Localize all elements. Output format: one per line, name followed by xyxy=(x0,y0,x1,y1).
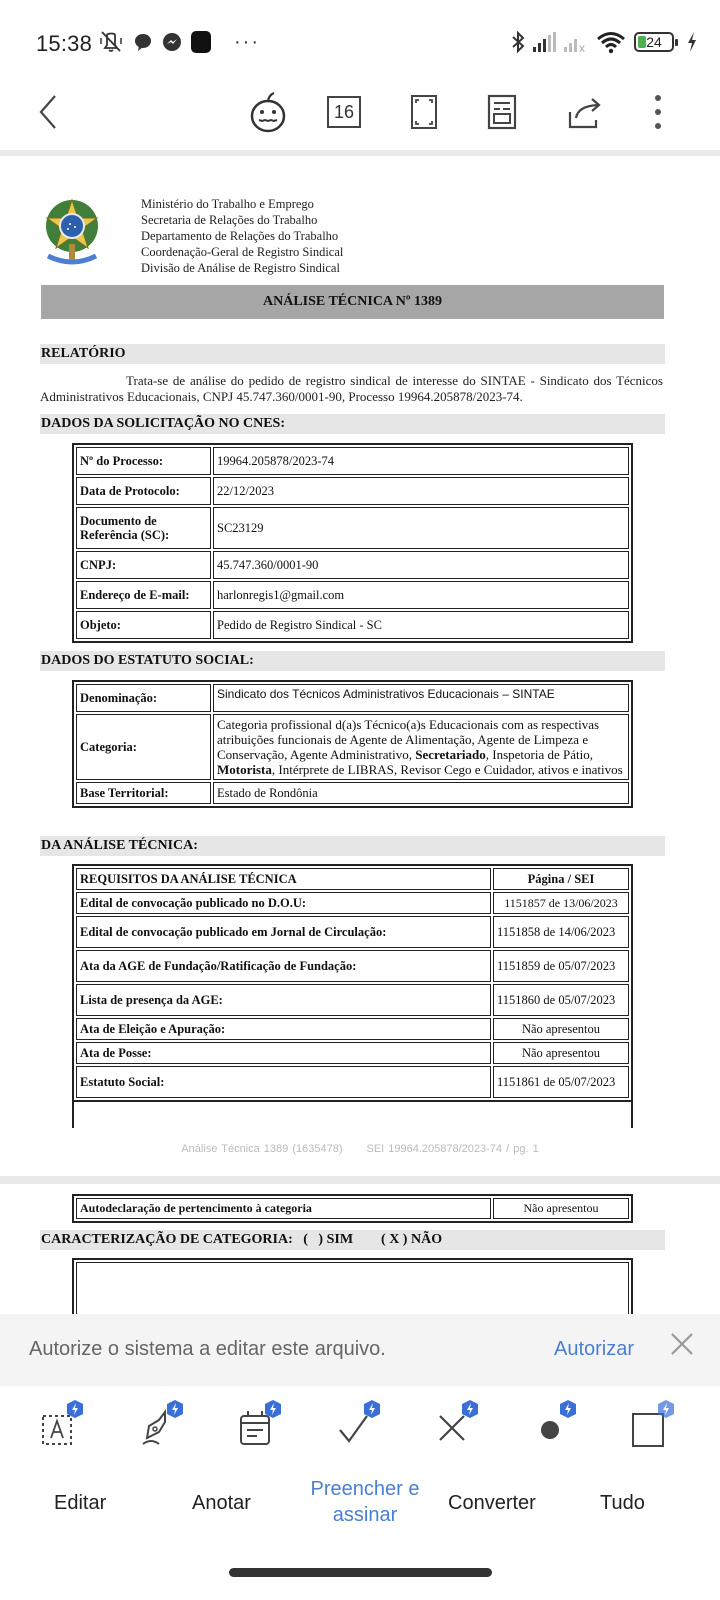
table-row: Estatuto Social:1151861 de 05/07/2023 xyxy=(76,1066,629,1098)
bottom-navigation: Editar Anotar Preencher e assinar Conver… xyxy=(0,1466,720,1600)
home-indicator[interactable] xyxy=(229,1568,492,1577)
table-row: Data de Protocolo:22/12/2023 xyxy=(76,477,629,505)
table-row: Edital de convocação publicado no D.O.U:… xyxy=(76,892,629,914)
page-number-button[interactable]: 16 xyxy=(320,88,368,136)
signature-tool[interactable] xyxy=(129,1400,185,1456)
table-row: Denominação:Sindicato dos Técnicos Admin… xyxy=(76,684,629,712)
table-row: Documento de Referência (SC):SC23129 xyxy=(76,507,629,549)
premium-badge-icon xyxy=(265,1400,281,1418)
page-footer: Análise Técnica 1389 (1635478)SEI 19964.… xyxy=(0,1143,720,1155)
tab-converter[interactable]: Converter xyxy=(448,1490,536,1516)
table-row: Lista de presença da AGE:1151860 de 05/0… xyxy=(76,984,629,1016)
table-row: Edital de convocação publicado em Jornal… xyxy=(76,916,629,948)
more-options-button[interactable] xyxy=(640,88,676,136)
table-row: Base Territorial:Estado de Rondônia xyxy=(76,782,629,804)
solicitacao-table: Nº do Processo:19964.205878/2023-74 Data… xyxy=(72,443,633,643)
premium-badge-icon xyxy=(364,1400,380,1418)
back-button[interactable] xyxy=(28,88,68,136)
tab-anotar[interactable]: Anotar xyxy=(192,1490,251,1516)
messenger-icon xyxy=(162,32,182,52)
section-relatorio: RELATÓRIO xyxy=(40,344,665,364)
signal-sim1-icon xyxy=(533,32,556,52)
table-header-row: REQUISITOS DA ANÁLISE TÉCNICAPágina / SE… xyxy=(76,868,629,890)
rectangle-tool[interactable] xyxy=(620,1400,676,1456)
theme-button[interactable] xyxy=(242,88,294,136)
more-vertical-icon xyxy=(653,94,663,130)
reading-mode-icon xyxy=(487,94,517,130)
premium-badge-icon xyxy=(167,1400,183,1418)
organization-header: Ministério do Trabalho e Emprego Secreta… xyxy=(141,196,343,276)
section-caracterizacao: CARACTERIZAÇÃO DE CATEGORIA: ( ) SIM ( X… xyxy=(40,1230,665,1250)
categoria-value: Categoria profissional d(a)s Técnico(a)s… xyxy=(213,714,629,780)
premium-badge-icon xyxy=(658,1400,674,1418)
premium-badge-icon xyxy=(462,1400,478,1418)
wifi-icon xyxy=(596,30,626,54)
battery-icon: 24 xyxy=(634,32,674,52)
section-estatuto: DADOS DO ESTATUTO SOCIAL: xyxy=(40,651,665,671)
section-solicitacao: DADOS DA SOLICITAÇÃO NO CNES: xyxy=(40,414,665,434)
more-notifications-icon: ··· xyxy=(234,31,260,54)
document-page-1: Ministério do Trabalho e Emprego Secreta… xyxy=(0,156,720,1176)
premium-badge-icon xyxy=(560,1400,576,1418)
table-row: Endereço de E-mail:harlonregis1@gmail.co… xyxy=(76,581,629,609)
premium-badge-icon xyxy=(67,1400,83,1418)
authorize-button[interactable]: Autorizar xyxy=(554,1338,634,1361)
brazil-coat-of-arms-icon xyxy=(40,194,104,268)
table-row: CNPJ:45.747.360/0001-90 xyxy=(76,551,629,579)
share-icon xyxy=(566,94,604,130)
signal-sim2-no-service-icon: x xyxy=(564,32,588,52)
section-analise: DA ANÁLISE TÉCNICA: xyxy=(40,836,665,856)
date-tool[interactable] xyxy=(227,1400,283,1456)
permission-banner: Autorize o sistema a editar este arquivo… xyxy=(0,1314,720,1386)
share-button[interactable] xyxy=(560,88,610,136)
status-bar: 15:38 ··· x 24 xyxy=(0,0,720,88)
tab-preencher-e-assinar[interactable]: Preencher e assinar xyxy=(300,1476,430,1528)
vibrate-off-icon xyxy=(98,30,124,54)
table-row: Justificativa: xyxy=(76,1262,629,1315)
checkmark-tool[interactable] xyxy=(326,1400,382,1456)
reading-mode-button[interactable] xyxy=(480,88,524,136)
tab-editar[interactable]: Editar xyxy=(54,1490,106,1516)
table-row: Ata de Eleição e Apuração:Não apresentou xyxy=(76,1018,629,1040)
document-page-2: Autodeclaração de pertencimento à catego… xyxy=(0,1184,720,1315)
analise-table: REQUISITOS DA ANÁLISE TÉCNICAPágina / SE… xyxy=(72,864,633,1102)
page-number: 16 xyxy=(327,96,361,128)
chevron-left-icon xyxy=(37,94,59,130)
document-viewer[interactable]: Ministério do Trabalho e Emprego Secreta… xyxy=(0,150,720,1315)
table-row: Ata de Posse:Não apresentou xyxy=(76,1042,629,1064)
table-row: Ata da AGE de Fundação/Ratificação de Fu… xyxy=(76,950,629,982)
bluetooth-icon xyxy=(511,30,525,54)
pumpkin-icon xyxy=(248,90,288,134)
status-time: 15:38 xyxy=(36,31,92,57)
estatuto-table: Denominação:Sindicato dos Técnicos Admin… xyxy=(72,680,633,808)
chat-bubble-icon xyxy=(133,32,153,52)
fill-sign-tools xyxy=(0,1386,720,1466)
table-row: Categoria: Categoria profissional d(a)s … xyxy=(76,714,629,780)
dot-tool[interactable] xyxy=(522,1400,578,1456)
fit-screen-button[interactable] xyxy=(402,88,446,136)
table-row: Objeto:Pedido de Registro Sindical - SC xyxy=(76,611,629,639)
table-row: Nº do Processo:19964.205878/2023-74 xyxy=(76,447,629,475)
fit-screen-icon xyxy=(410,94,438,130)
table-row: Autodeclaração de pertencimento à catego… xyxy=(76,1198,629,1219)
charging-icon xyxy=(686,31,698,53)
banner-message: Autorize o sistema a editar este arquivo… xyxy=(29,1338,386,1361)
text-box-tool[interactable] xyxy=(29,1400,85,1456)
cross-tool[interactable] xyxy=(424,1400,480,1456)
app-toolbar: 16 xyxy=(0,78,720,150)
relatorio-text: Trata-se de análise do pedido de registr… xyxy=(40,373,663,405)
document-title: ANÁLISE TÉCNICA Nº 1389 xyxy=(41,285,664,319)
justificativa-table: Justificativa: xyxy=(72,1258,633,1315)
close-icon[interactable] xyxy=(668,1330,696,1358)
autodeclaracao-table: Autodeclaração de pertencimento à catego… xyxy=(72,1194,633,1223)
tab-tudo[interactable]: Tudo xyxy=(600,1490,645,1516)
battery-fill xyxy=(638,36,646,48)
app-square-icon xyxy=(191,31,211,53)
